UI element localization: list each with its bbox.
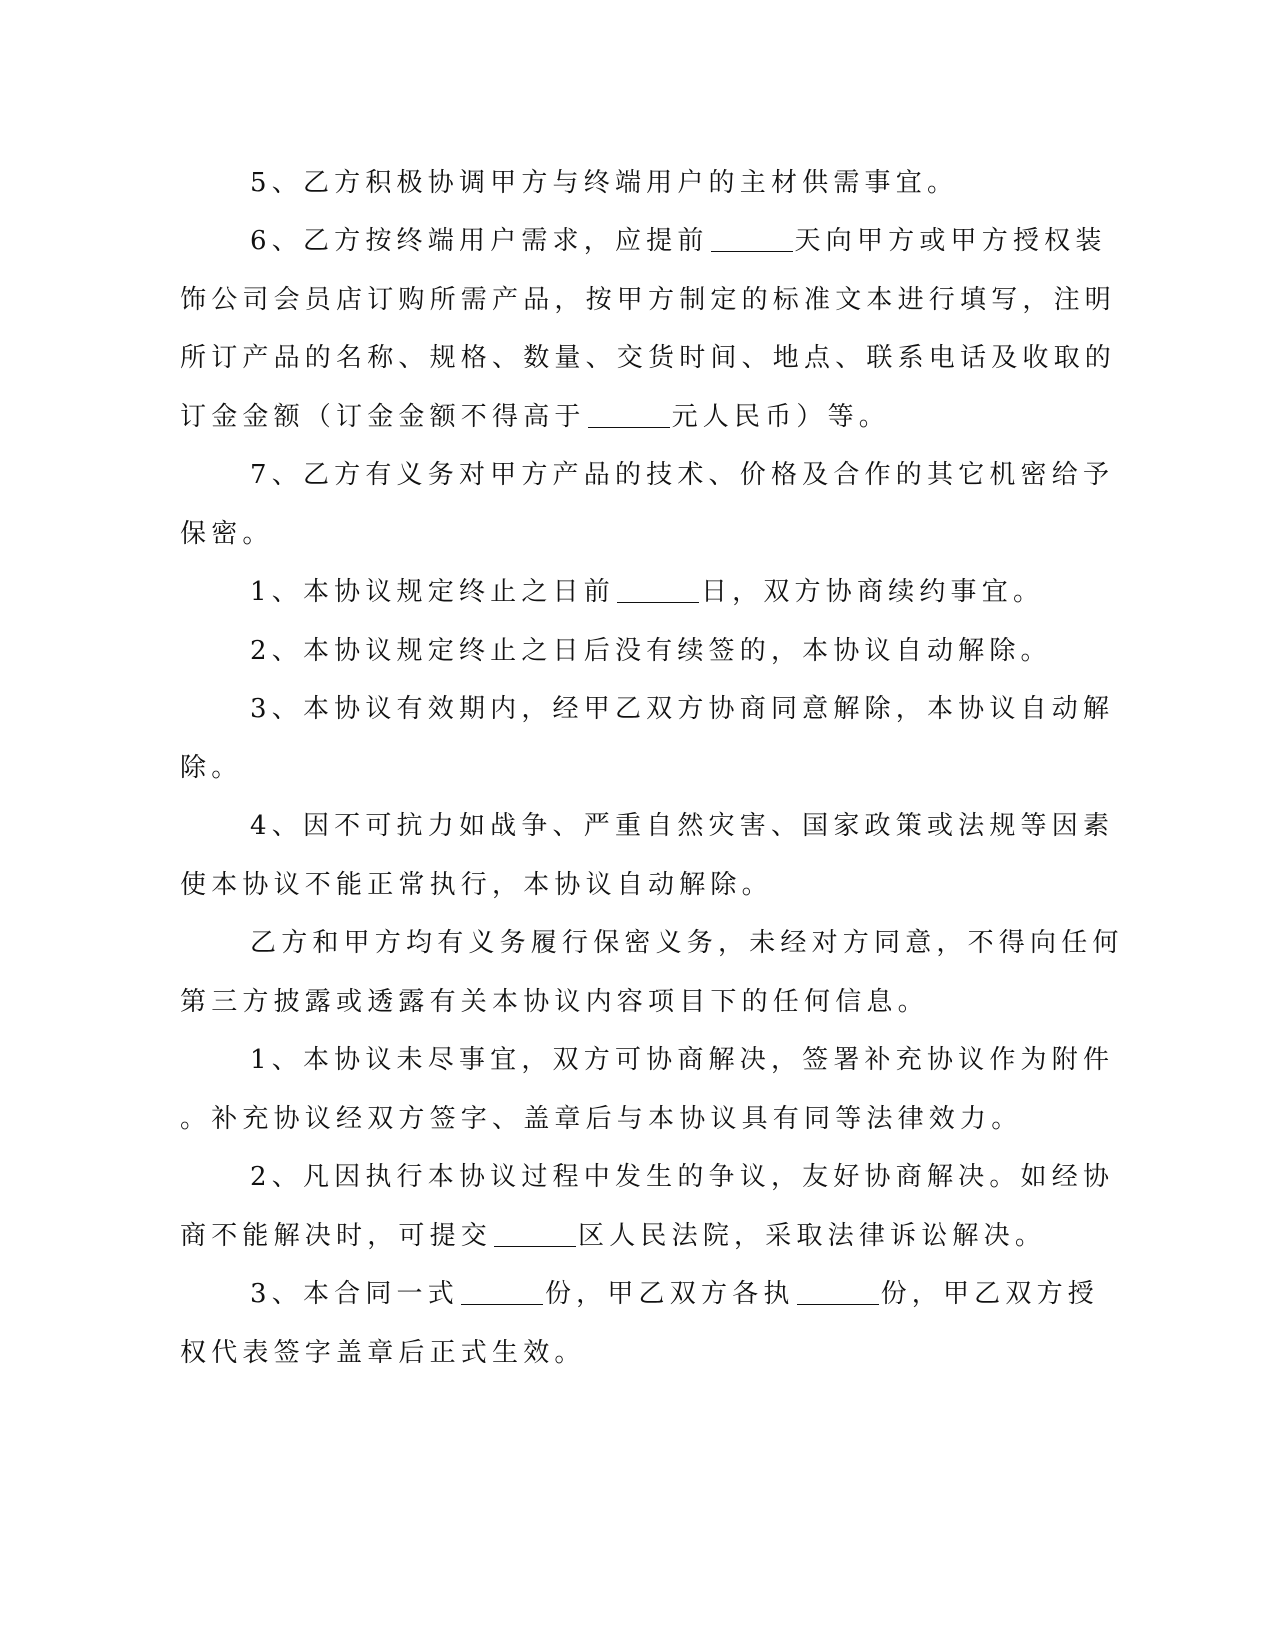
line-text: 5、乙方积极协调甲方与终端用户的主材供需事宜。 (250, 168, 958, 198)
text-line: 保密。 (180, 514, 274, 554)
line-text: 6、乙方按终端用户需求，应提前 (250, 226, 709, 256)
line-text: 乙方和甲方均有义务履行保密义务，未经对方同意，不得向任何 (250, 928, 1124, 958)
text-line: 4、因不可抗力如战争、严重自然灾害、国家政策或法规等因素 (250, 806, 1114, 846)
text-line: 3、本合同一式份，甲乙双方各执份，甲乙双方授 (250, 1274, 1099, 1314)
line-text: 商不能解决时，可提交 (180, 1221, 492, 1251)
line-text: 3、本协议有效期内，经甲乙双方协商同意解除，本协议自动解 (250, 694, 1114, 724)
line-text: 饰公司会员店订购所需产品，按甲方制定的标准文本进行填写，注明 (180, 285, 1116, 315)
line-text: 日，双方协商续约事宜。 (701, 577, 1044, 607)
text-line: 7、乙方有义务对甲方产品的技术、价格及合作的其它机密给予 (250, 455, 1114, 495)
line-text: 元人民币）等。 (672, 402, 890, 432)
fill-in-blank[interactable] (494, 1216, 576, 1247)
line-text: 7、乙方有义务对甲方产品的技术、价格及合作的其它机密给予 (250, 460, 1114, 490)
fill-in-blank[interactable] (711, 221, 793, 252)
line-text: 2、凡因执行本协议过程中发生的争议，友好协商解决。如经协 (250, 1162, 1114, 1192)
line-text: 所订产品的名称、规格、数量、交货时间、地点、联系电话及收取的 (180, 343, 1116, 373)
text-line: 订金金额（订金金额不得高于元人民币）等。 (180, 397, 890, 437)
text-line: 。补充协议经双方签字、盖章后与本协议具有同等法律效力。 (180, 1099, 1022, 1139)
line-text: 订金金额（订金金额不得高于 (180, 402, 586, 432)
line-text: 权代表签字盖章后正式生效。 (180, 1338, 586, 1368)
text-line: 1、本协议未尽事宜，双方可协商解决，签署补充协议作为附件 (250, 1040, 1114, 1080)
line-text: 1、本协议未尽事宜，双方可协商解决，签署补充协议作为附件 (250, 1045, 1114, 1075)
line-text: 使本协议不能正常执行，本协议自动解除。 (180, 870, 773, 900)
line-text: 1、本协议规定终止之日前 (250, 577, 615, 607)
line-text: 。补充协议经双方签字、盖章后与本协议具有同等法律效力。 (180, 1104, 1022, 1134)
line-text: 4、因不可抗力如战争、严重自然灾害、国家政策或法规等因素 (250, 811, 1114, 841)
text-line: 1、本协议规定终止之日前日，双方协商续约事宜。 (250, 572, 1044, 612)
fill-in-blank[interactable] (617, 572, 699, 603)
text-line: 商不能解决时，可提交区人民法院，采取法律诉讼解决。 (180, 1216, 1046, 1256)
text-line: 除。 (180, 748, 242, 788)
text-line: 2、本协议规定终止之日后没有续签的，本协议自动解除。 (250, 631, 1052, 671)
fill-in-blank[interactable] (461, 1274, 543, 1305)
text-line: 5、乙方积极协调甲方与终端用户的主材供需事宜。 (250, 163, 958, 203)
fill-in-blank[interactable] (797, 1274, 879, 1305)
line-text: 天向甲方或甲方授权装 (795, 226, 1107, 256)
text-line: 所订产品的名称、规格、数量、交货时间、地点、联系电话及收取的 (180, 338, 1116, 378)
line-text: 保密。 (180, 519, 274, 549)
line-text: 第三方披露或透露有关本协议内容项目下的任何信息。 (180, 987, 929, 1017)
text-line: 6、乙方按终端用户需求，应提前天向甲方或甲方授权装 (250, 221, 1107, 261)
text-line: 使本协议不能正常执行，本协议自动解除。 (180, 865, 773, 905)
line-text: 区人民法院，采取法律诉讼解决。 (578, 1221, 1046, 1251)
document-page: 5、乙方积极协调甲方与终端用户的主材供需事宜。6、乙方按终端用户需求，应提前天向… (0, 0, 1275, 1650)
line-text: 除。 (180, 753, 242, 783)
text-line: 饰公司会员店订购所需产品，按甲方制定的标准文本进行填写，注明 (180, 280, 1116, 320)
text-line: 3、本协议有效期内，经甲乙双方协商同意解除，本协议自动解 (250, 689, 1114, 729)
fill-in-blank[interactable] (588, 397, 670, 428)
text-line: 乙方和甲方均有义务履行保密义务，未经对方同意，不得向任何 (250, 923, 1124, 963)
line-text: 份，甲乙双方各执 (545, 1279, 795, 1309)
line-text: 2、本协议规定终止之日后没有续签的，本协议自动解除。 (250, 636, 1052, 666)
text-line: 2、凡因执行本协议过程中发生的争议，友好协商解决。如经协 (250, 1157, 1114, 1197)
text-line: 权代表签字盖章后正式生效。 (180, 1333, 586, 1373)
text-line: 第三方披露或透露有关本协议内容项目下的任何信息。 (180, 982, 929, 1022)
line-text: 份，甲乙双方授 (881, 1279, 1099, 1309)
line-text: 3、本合同一式 (250, 1279, 459, 1309)
